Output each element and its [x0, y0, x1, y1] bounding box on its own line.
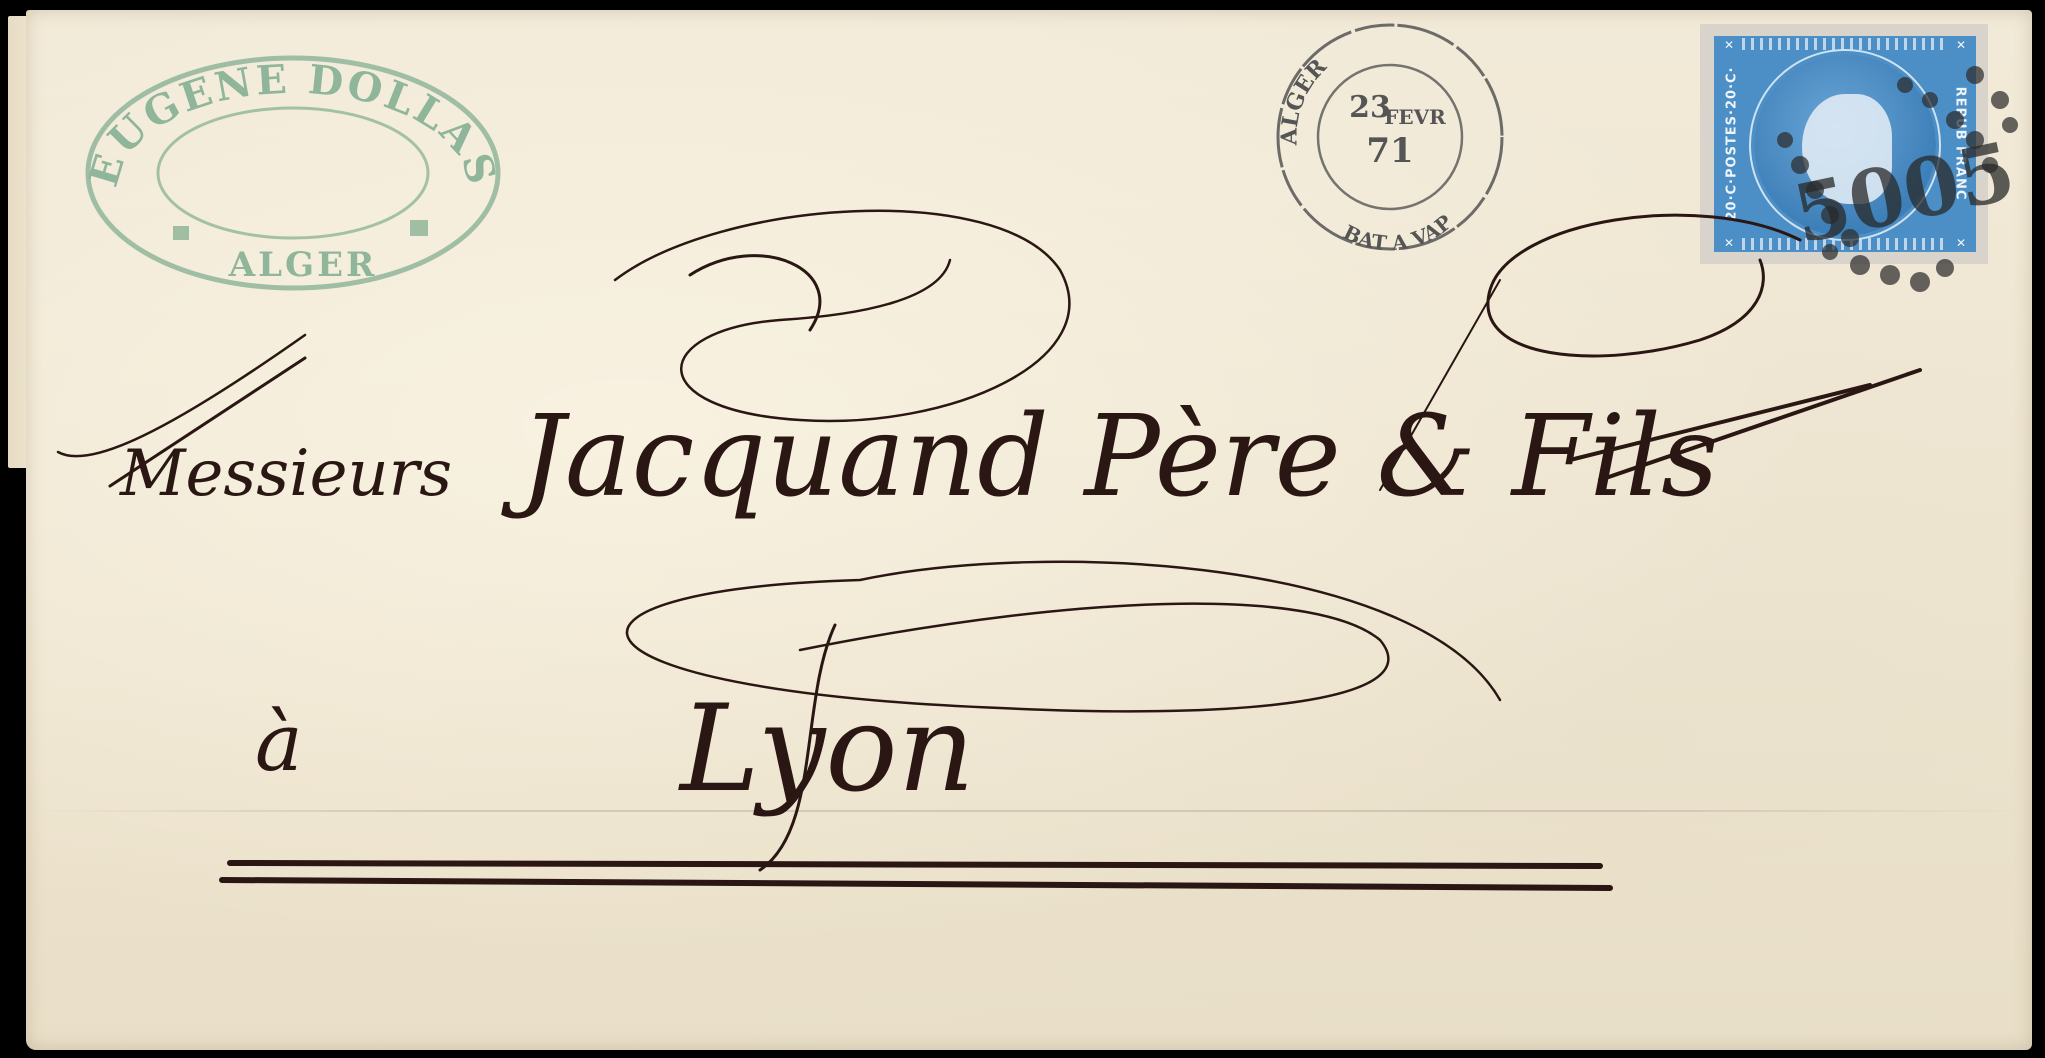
address-city: Lyon	[678, 680, 975, 819]
address-recipient: Jacquand Père & Fils	[501, 392, 1719, 522]
address-lines: Messieurs Jacquand Père & Fils à Lyon	[119, 392, 1719, 819]
handwritten-address: Messieurs Jacquand Père & Fils à Lyon	[0, 0, 2045, 1058]
scan-background: EUGENE DOLLAS ALGER ALGER BAT A VAP 23 F…	[0, 0, 2045, 1058]
address-salutation: Messieurs	[119, 437, 452, 511]
address-preposition: à	[255, 696, 303, 789]
